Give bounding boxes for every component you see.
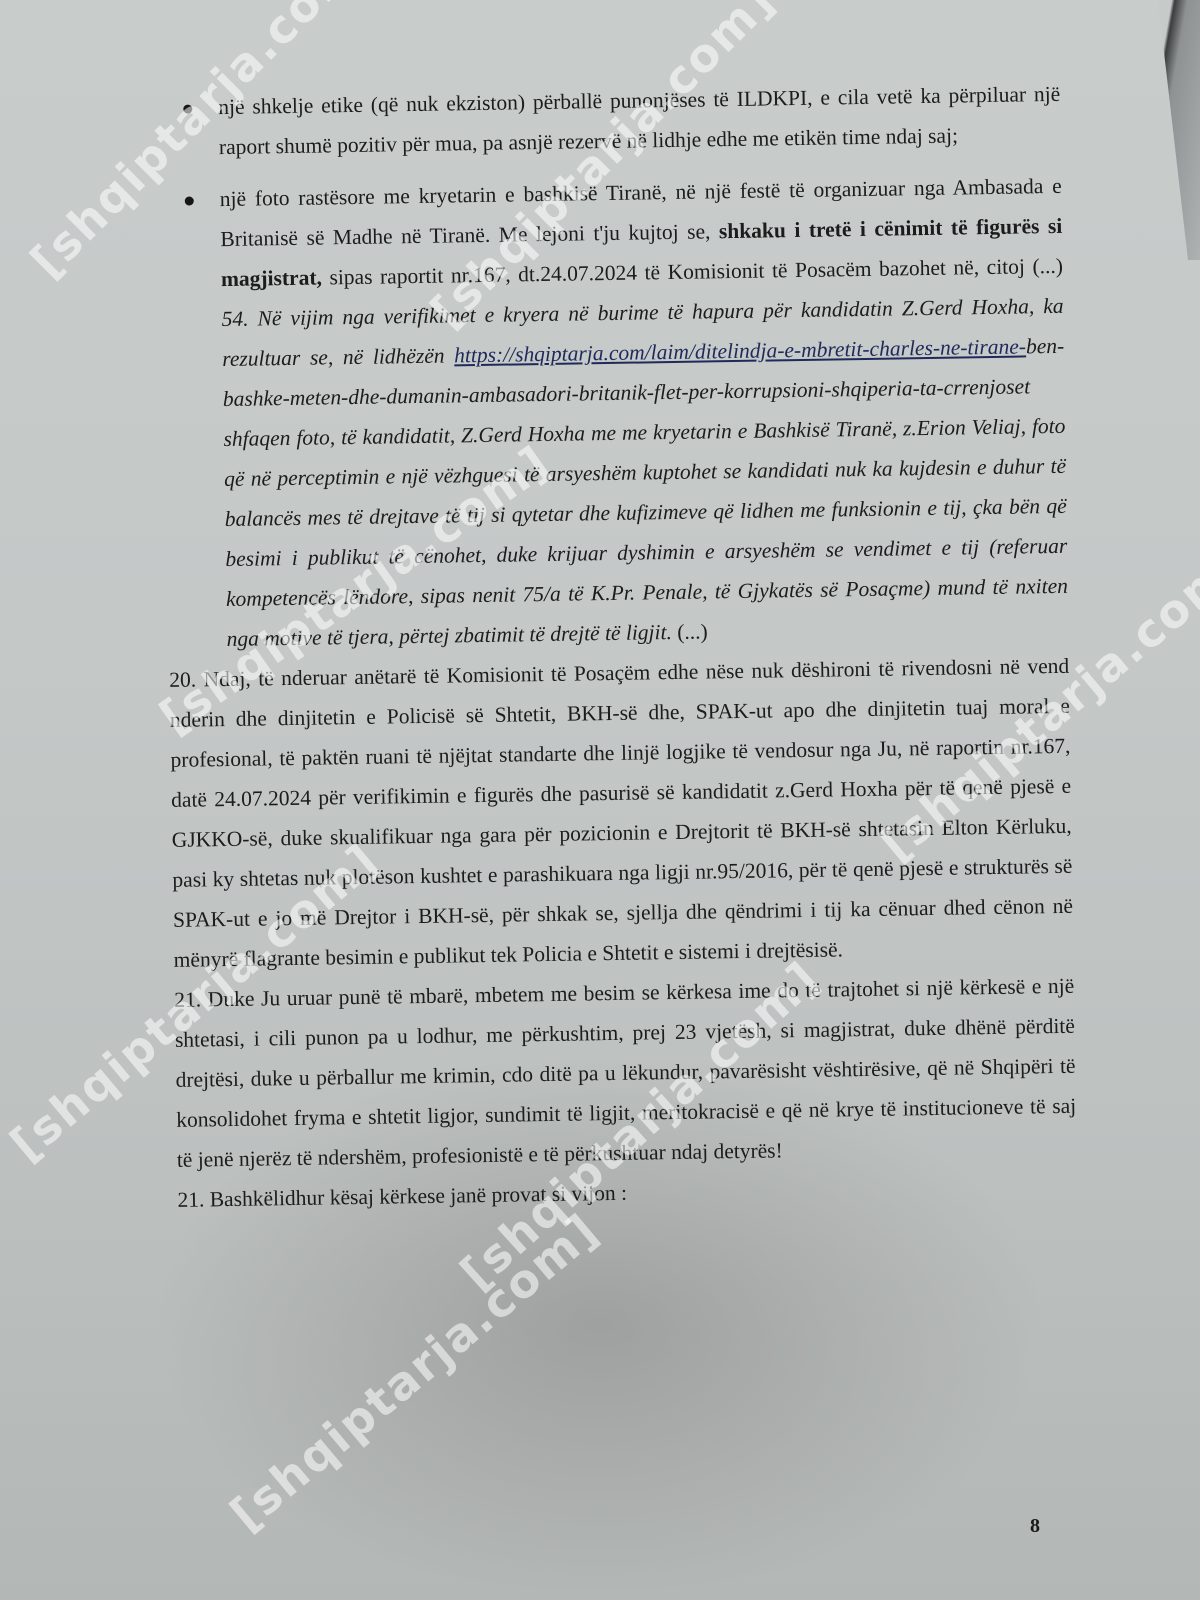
report-reference: sipas raportit nr.167, dt.24.07.2024 të … (322, 254, 1063, 290)
bullet-text: një foto rastësore me kryetarin e bashki… (219, 166, 1068, 659)
document-body: një shkelje etike (që nuk ekziston) përb… (160, 74, 1078, 1220)
watermark: [shqiptarja.com] (220, 1203, 609, 1542)
bullet-text: një shkelje etike (që nuk ekziston) përb… (218, 74, 1061, 167)
page-edge-shadow (1140, 0, 1200, 260)
document-page: një shkelje etike (që nuk ekziston) përb… (0, 0, 1200, 1600)
article-link[interactable]: https://shqiptarja.com/laim/ditelindja-e… (454, 334, 1026, 367)
quote-ellipsis: (...) (677, 619, 708, 643)
bullet-item-ethics: një shkelje etike (që nuk ekziston) përb… (160, 74, 1061, 168)
page-number: 8 (1030, 1515, 1040, 1538)
paragraph-20: 20. Ndaj, të nderuar anëtarë të Komision… (169, 646, 1074, 980)
bullet-item-photo: një foto rastësore me kryetarin e bashki… (161, 166, 1068, 660)
quoted-text-continued: ben-bashke-meten-dhe-dumanin-ambasadori-… (223, 334, 1068, 651)
paragraph-21: 21. Duke Ju uruar punë të mbarë, mbetem … (174, 966, 1077, 1180)
